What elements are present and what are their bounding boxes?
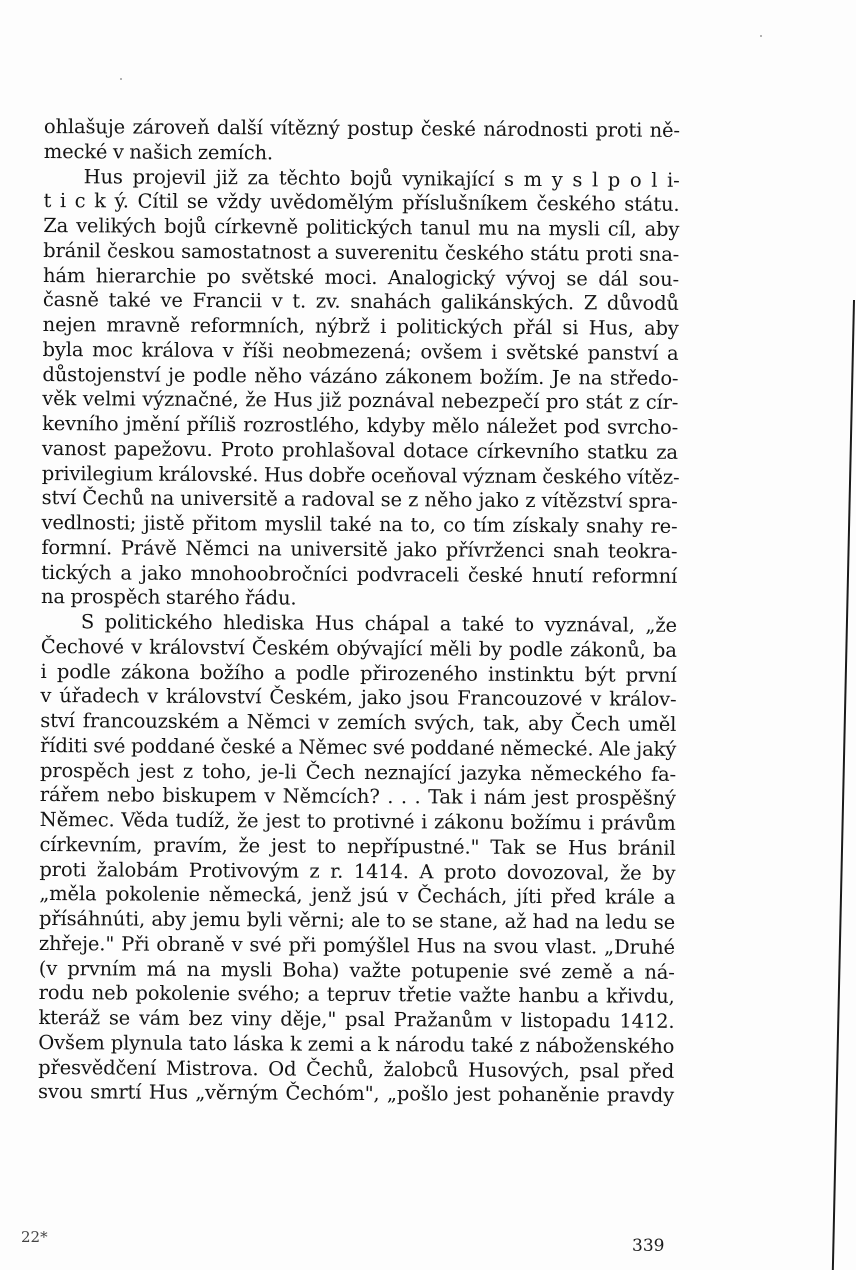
text-line: kteráž se vám bez viny děje," psal Praža… [38,1006,674,1035]
text-line: (v prvním má na mysli Boha) važte potupe… [39,956,675,985]
text-line: bránil českou samostatnost a suverenitu … [43,239,679,268]
text-line: „měla pokolenie německá, jenž jsú v Čech… [39,882,675,911]
text-line: rářem nebo biskupem v Němcích? . . . Tak… [40,783,676,812]
text-line: prospěch jest z toho, je-li Čech neznají… [40,758,676,787]
text-line: svou smrtí Hus „věrným Čechóm", „pošlo j… [38,1080,674,1109]
body-text: ohlašuje zároveň další vítězný postup če… [38,115,680,1109]
text-line: Za velikých bojů církevně politických ta… [43,214,679,243]
text-line: zhřeje." Při obraně v své při pomýšlel H… [39,932,675,961]
text-line: vedlnosti; jistě přitom myslil také na t… [41,511,677,540]
scanned-book-page: ohlašuje zároveň další vítězný postup če… [0,0,856,1270]
text-line: říditi své poddané české a Němec své pod… [40,734,676,763]
text-line: časně také ve Francii v t. zv. snahách g… [43,288,679,317]
text-line: ství francouzském a Němci v zemích svých… [40,709,676,738]
text-line-paragraph-start: S politického hlediska Hus chápal a také… [41,610,677,639]
text-line: Ovšem plynula tato láska k zemi a k náro… [38,1031,674,1060]
page-number: 339 [632,1236,664,1256]
text-line: nejen mravně reformních, nýbrž i politic… [43,313,679,342]
text-line: církevním, pravím, že jest to nepřípustn… [39,833,675,862]
text-line: Čechové v království Českém obývající mě… [41,635,677,664]
page-edge-shadow-line [832,300,855,1270]
text-line: t i c k ý. Cítil se vždy uvědomělým přís… [43,189,679,218]
text-line-paragraph-start: Hus projevil již za těchto bojů vynikají… [44,164,680,193]
text-line: rodu neb pokolenie svého; a tepruv třeti… [39,981,675,1010]
text-line: kevního jmění příliš rozrostlého, kdyby … [42,412,678,441]
text-line: ohlašuje zároveň další vítězný postup če… [44,115,680,144]
signature-mark: 22* [21,1228,48,1246]
scan-speck [760,35,762,37]
text-line: vanost papežovu. Proto prohlašoval dotac… [42,437,678,466]
text-line: mecké v našich zemích. [44,140,680,169]
scan-speck [120,78,122,80]
text-line: Němec. Věda tudíž, že jest to protivné i… [40,808,676,837]
text-line: formní. Právě Němci na universitě jako p… [41,536,677,565]
text-line: přísáhnúti, aby jemu byli věrni; ale to … [39,907,675,936]
text-line: byla moc králova v říši neobmezená; ovše… [42,338,678,367]
